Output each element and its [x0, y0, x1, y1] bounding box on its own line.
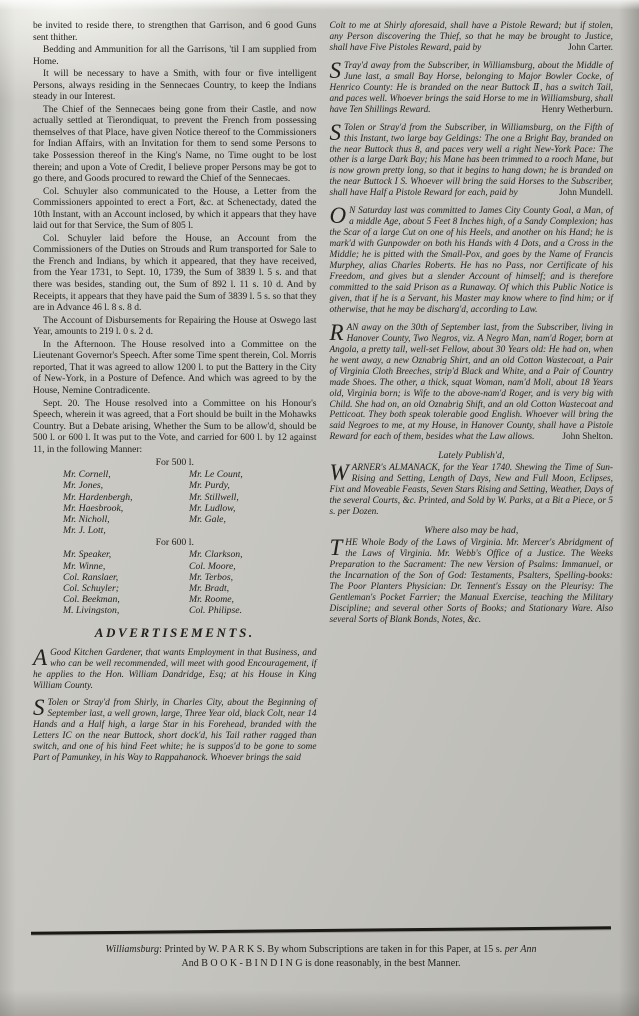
- ad-signature: John Mundell.: [551, 188, 613, 199]
- vote-name: Mr. Bradt,: [189, 583, 317, 594]
- vote-name: Mr. Gale,: [189, 514, 317, 525]
- vote-row: Mr. Haesbrook,Mr. Ludlow,: [33, 503, 317, 514]
- news-paragraph: Col. Schuyler laid before the House, an …: [33, 234, 317, 315]
- drop-cap: T: [330, 538, 346, 557]
- vote-row: Mr. Jones,Mr. Purdy,: [33, 480, 317, 491]
- drop-cap: W: [330, 463, 352, 482]
- vote-name: Mr. Terbos,: [189, 572, 317, 583]
- drop-cap: O: [330, 206, 350, 225]
- ad-text: ARNER's ALMANACK, for the Year 1740. She…: [330, 463, 614, 517]
- advertisements-heading: ADVERTISEMENTS.: [33, 625, 317, 641]
- left-column: be invited to reside there, to strengthe…: [33, 21, 317, 771]
- ad-books-for-sale: THE Whole Body of the Laws of Virginia. …: [330, 538, 614, 626]
- vote-list-600: Mr. Speaker,Mr. Clarkson, Mr. Winne,Col.…: [33, 549, 317, 616]
- vote-name: Col. Beekman,: [63, 594, 189, 605]
- ad-text: HE Whole Body of the Laws of Virginia. M…: [330, 538, 614, 625]
- news-paragraph: Sept. 20. The House resolved into a Comm…: [33, 399, 317, 457]
- right-column: Colt to me at Shirly aforesaid, shall ha…: [330, 21, 614, 771]
- lately-published-heading: Lately Publish'd,: [330, 450, 614, 461]
- vote-name: Mr. Nicholl,: [63, 514, 189, 525]
- ad-signature: Henry Wetherburn.: [534, 105, 613, 116]
- imprint-text: : Printed by W. P A R K S. By whom Subsc…: [159, 944, 505, 955]
- drop-cap: R: [330, 323, 347, 342]
- vote-row: Mr. Hardenbergh,Mr. Stillwell,: [33, 492, 317, 503]
- vote-name: Mr. Le Count,: [189, 469, 317, 480]
- news-paragraph: The Chief of the Sennecaes being gone fr…: [33, 105, 317, 186]
- ad-text: N Saturday last was committed to James C…: [330, 206, 614, 315]
- vote-name: Mr. Clarkson,: [189, 549, 317, 560]
- place-name: Williamsburg: [106, 944, 160, 955]
- ad-text: Tolen or Stray'd from the Subscriber, in…: [330, 123, 614, 199]
- vote-name: Col. Schuyler;: [63, 583, 189, 594]
- vote-name: Mr. Cornell,: [63, 469, 189, 480]
- drop-cap: S: [330, 123, 345, 142]
- ad-two-geldings: STolen or Stray'd from the Subscriber, i…: [330, 123, 614, 200]
- imprint-line-1: Williamsburg: Printed by W. P A R K S. B…: [31, 943, 611, 957]
- imprint-line-2: And B O O K - B I N D I N G is done reas…: [31, 957, 611, 971]
- news-paragraph: In the Afternoon. The House resolved int…: [33, 340, 317, 398]
- vote-name: Mr. Roome,: [189, 594, 317, 605]
- ad-colt-continued: Colt to me at Shirly aforesaid, shall ha…: [330, 21, 614, 54]
- page-footer: Williamsburg: Printed by W. P A R K S. B…: [0, 929, 639, 1016]
- ad-warners-almanack: WARNER's ALMANACK, for the Year 1740. Sh…: [330, 463, 614, 518]
- vote-name: Mr. Hardenbergh,: [63, 492, 189, 503]
- vote-name: Col. Moore,: [189, 561, 317, 572]
- vote-row: Col. Beekman,Mr. Roome,: [33, 594, 317, 605]
- ad-signature: John Shelton.: [554, 432, 613, 443]
- vote-name: Mr. Ludlow,: [189, 503, 317, 514]
- vote-list-500: Mr. Cornell,Mr. Le Count, Mr. Jones,Mr. …: [33, 469, 317, 536]
- ad-text: Tolen or Stray'd from Shirly, in Charles…: [33, 698, 317, 763]
- vote-name: Mr. Purdy,: [189, 480, 317, 491]
- vote-name: Mr. Haesbrook,: [63, 503, 189, 514]
- vote-for-600-label: For 600 l.: [33, 537, 317, 548]
- vote-name: Mr. Stillwell,: [189, 492, 317, 503]
- ad-text: AN away on the 30th of September last, f…: [330, 323, 614, 443]
- news-paragraph: be invited to reside there, to strengthe…: [33, 21, 317, 44]
- ad-strayed-bay-horse: STray'd away from the Subscriber, in Wil…: [330, 61, 614, 116]
- imprint-per-ann: per Ann: [505, 944, 537, 955]
- newspaper-page: be invited to reside there, to strengthe…: [0, 0, 639, 1016]
- notice-committed-runaway: ON Saturday last was committed to James …: [330, 206, 614, 316]
- vote-for-500-label: For 500 l.: [33, 457, 317, 468]
- vote-name: Mr. Jones,: [63, 480, 189, 491]
- vote-name: Col. Philipse.: [189, 605, 317, 616]
- ad-signature: John Carter.: [560, 43, 613, 54]
- vote-row: Mr. Nicholl,Mr. Gale,: [33, 514, 317, 525]
- ad-stolen-colt: STolen or Stray'd from Shirly, in Charle…: [33, 698, 317, 764]
- vote-row: Col. Schuyler;Mr. Bradt,: [33, 583, 317, 594]
- vote-row: Mr. Winne,Col. Moore,: [33, 561, 317, 572]
- drop-cap: S: [33, 698, 48, 717]
- ad-text: Good Kitchen Gardener, that wants Employ…: [33, 648, 317, 691]
- vote-name: M. Livingston,: [63, 605, 189, 616]
- vote-name: Mr. Winne,: [63, 561, 189, 572]
- vote-row: Mr. J. Lott,: [33, 525, 317, 536]
- news-paragraph: Bedding and Ammunition for all the Garri…: [33, 45, 317, 68]
- vote-name: Mr. Speaker,: [63, 549, 189, 560]
- vote-name: [189, 525, 317, 536]
- footer-rule: [31, 926, 611, 935]
- vote-name: Col. Ranslaer,: [63, 572, 189, 583]
- news-paragraph: Col. Schuyler also communicated to the H…: [33, 187, 317, 233]
- vote-name: Mr. J. Lott,: [63, 525, 189, 536]
- drop-cap: A: [33, 648, 50, 667]
- vote-row: Col. Ranslaer,Mr. Terbos,: [33, 572, 317, 583]
- drop-cap: S: [330, 61, 345, 80]
- vote-row: M. Livingston,Col. Philipse.: [33, 605, 317, 616]
- ad-kitchen-gardener: AGood Kitchen Gardener, that wants Emplo…: [33, 648, 317, 692]
- news-paragraph: It will be necessary to have a Smith, wi…: [33, 69, 317, 104]
- page-body: be invited to reside there, to strengthe…: [0, 0, 639, 771]
- vote-row: Mr. Cornell,Mr. Le Count,: [33, 469, 317, 480]
- vote-row: Mr. Speaker,Mr. Clarkson,: [33, 549, 317, 560]
- where-also-heading: Where also may be had,: [330, 525, 614, 536]
- ad-ran-away-negros: RAN away on the 30th of September last, …: [330, 323, 614, 443]
- news-paragraph: The Account of Disbursements for Repairi…: [33, 316, 317, 339]
